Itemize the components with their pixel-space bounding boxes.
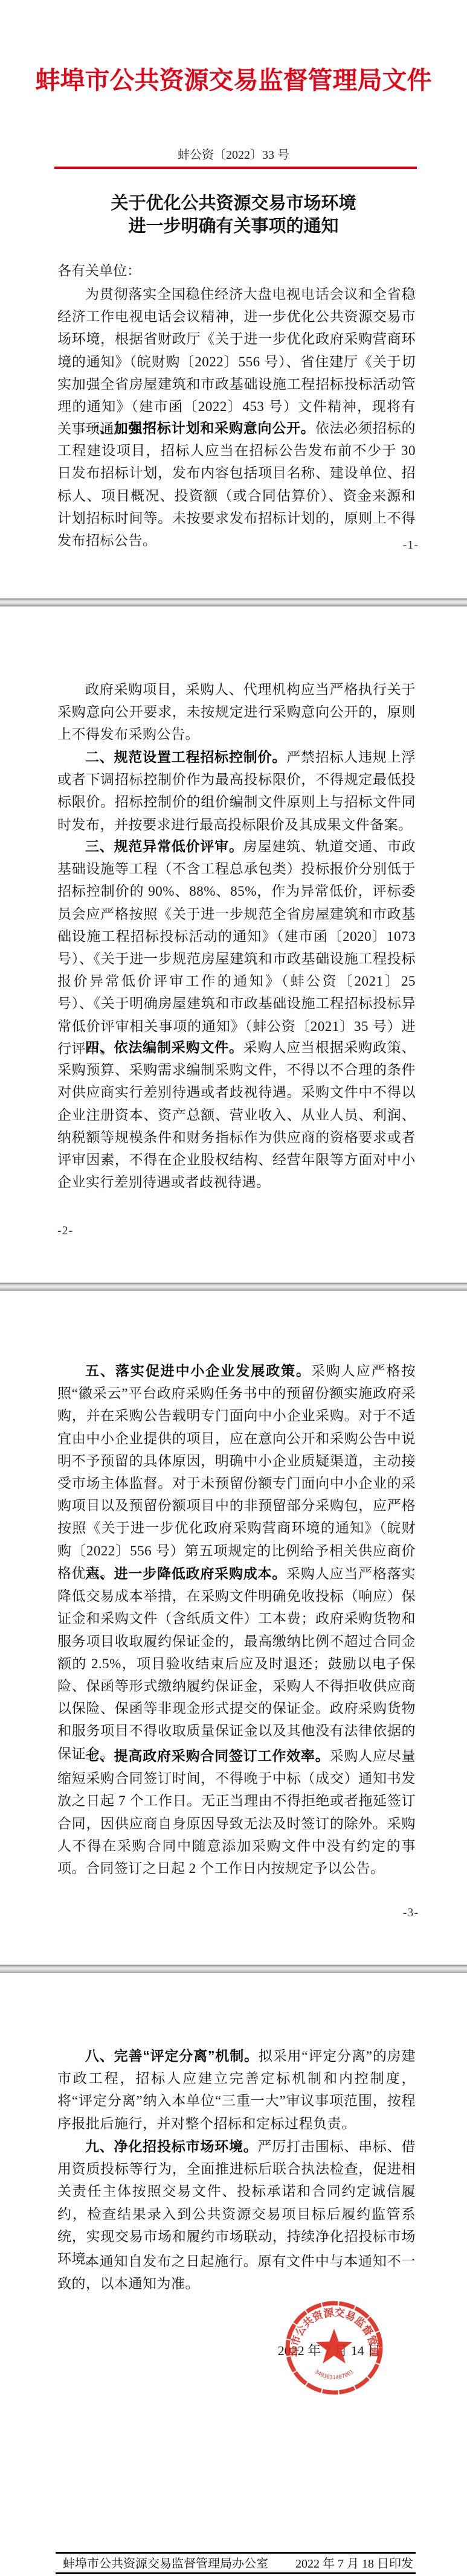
salutation: 各有关单位： <box>57 260 416 282</box>
page-break-2 <box>0 1283 467 1291</box>
section-9-heading: 九、净化招投标市场环境。 <box>85 2138 258 2154</box>
section-5-body: 采购人应严格按照“徽采云”平台政府采购任务书中的预留份额实施政府采购，并在采购公… <box>57 1363 416 1581</box>
section-8-heading: 八、完善“评定分离”机制。 <box>85 2048 259 2064</box>
section-7-body: 采购人应尽量缩短采购合同签订时间，不得晚于中标（成交）通知书发放之日起 7 个工… <box>57 1749 416 1876</box>
page-break-1 <box>0 598 467 607</box>
section-5-heading: 五、落实促进中小企业发展政策。 <box>85 1363 311 1379</box>
red-divider-rule <box>54 167 417 169</box>
section-7-paragraph: 七、提高政府采购合同签订工作效率。采购人应尽量缩短采购合同签订时间，不得晚于中标… <box>57 1745 416 1879</box>
section-2-paragraph: 二、规范设置工程招标控制价。严禁招标人违规上浮或者下调招标控制价作为最高投标限价… <box>57 746 416 836</box>
section-4-paragraph: 四、依法编制采购文件。采购人应当根据采购政策、采购预算、采购需求编制采购文件，不… <box>57 1036 416 1193</box>
document-title-line1: 关于优化公共资源交易市场环境 <box>0 192 467 215</box>
section-4-heading: 四、依法编制采购文件。 <box>85 1039 243 1055</box>
document-title-line2: 进一步明确有关事项的通知 <box>0 215 467 238</box>
page-break-3 <box>0 1965 467 1973</box>
section-3-heading: 三、规范异常低价评审。 <box>85 838 243 854</box>
document-title: 关于优化公共资源交易市场环境 进一步明确有关事项的通知 <box>0 192 467 238</box>
footer-rule-top <box>56 2552 416 2554</box>
section-1-body: 依法必须招标的工程建设项目，招标人应当在招标公告发布前不少于 30 日发布招标计… <box>57 421 416 548</box>
section-8-paragraph: 八、完善“评定分离”机制。拟采用“评定分离”的房建市政工程，招标人应建立完善定标… <box>57 2045 416 2135</box>
section-6-body: 采购人应当严格落实降低交易成本举措，在采购文件明确免收投标（响应）保证金和采购文… <box>57 1566 416 1761</box>
section-3-paragraph: 三、规范异常低价评审。房屋建筑、轨道交通、市政基础设施等工程（不含工程总承包类）… <box>57 835 416 1060</box>
page-number-3: -3- <box>403 1906 419 1920</box>
section-1-continuation: 政府采购项目，采购人、代理机构应当严格执行关于采购意向公开要求，未按规定进行采购… <box>57 678 416 746</box>
page-number-1: -1- <box>403 538 419 552</box>
seal-code: 3403031407001 <box>314 2369 355 2381</box>
section-9-body: 严厉打击围标、串标、借用资质投标等行为，全面推进标后联合执法检查，促进相关责任主… <box>57 2139 416 2266</box>
section-2-heading: 二、规范设置工程招标控制价。 <box>85 749 286 765</box>
section-1-paragraph: 一、加强招标计划和采购意向公开。依法必须招标的工程建设项目，招标人应当在招标公告… <box>57 417 416 552</box>
section-7-heading: 七、提高政府采购合同签订工作效率。 <box>85 1748 330 1764</box>
agency-header: 蚌埠市公共资源交易监督管理局文件 <box>0 64 467 97</box>
section-6-paragraph: 六、进一步降低政府采购成本。采购人应当严格落实降低交易成本举措，在采购文件明确免… <box>57 1563 416 1765</box>
section-5-paragraph: 五、落实促进中小企业发展政策。采购人应严格按照“徽采云”平台政府采购任务书中的预… <box>57 1360 416 1584</box>
closing-paragraph: 本通知自发布之日起施行。原有文件中与本通知不一致的，以本通知为准。 <box>57 2250 416 2295</box>
section-4-body: 采购人应当根据采购政策、采购预算、采购需求编制采购文件，不得以不合理的条件对供应… <box>57 1040 416 1190</box>
section-6-heading: 六、进一步降低政府采购成本。 <box>85 1566 286 1581</box>
footer-issuing-office: 蚌埠市公共资源交易监督管理局办公室 <box>56 2556 268 2572</box>
official-seal-graphic: 蚌埠市公共资源交易监督管理局 3403031407001 <box>283 2300 385 2399</box>
document-number: 蚌公资〔2022〕33 号 <box>0 147 467 163</box>
section-1-heading: 一、加强招标计划和采购意向公开。 <box>85 420 315 436</box>
seal-star-icon <box>316 2329 353 2364</box>
footer-rule-bottom <box>56 2572 416 2574</box>
page-number-2: -2- <box>57 1224 73 1238</box>
footer-print-date: 2022 年 7 月 18 日印发 <box>295 2556 416 2572</box>
official-document: 蚌埠市公共资源交易监督管理局文件 蚌公资〔2022〕33 号 关于优化公共资源交… <box>0 0 467 2576</box>
footer: 蚌埠市公共资源交易监督管理局办公室 2022 年 7 月 18 日印发 <box>56 2556 416 2572</box>
svg-text:3403031407001: 3403031407001 <box>314 2369 355 2381</box>
official-seal: 蚌埠市公共资源交易监督管理局 3403031407001 <box>283 2300 385 2399</box>
section-3-body: 房屋建筑、轨道交通、市政基础设施等工程（不含工程总承包类）投标报价分别低于招标控… <box>57 839 416 1056</box>
